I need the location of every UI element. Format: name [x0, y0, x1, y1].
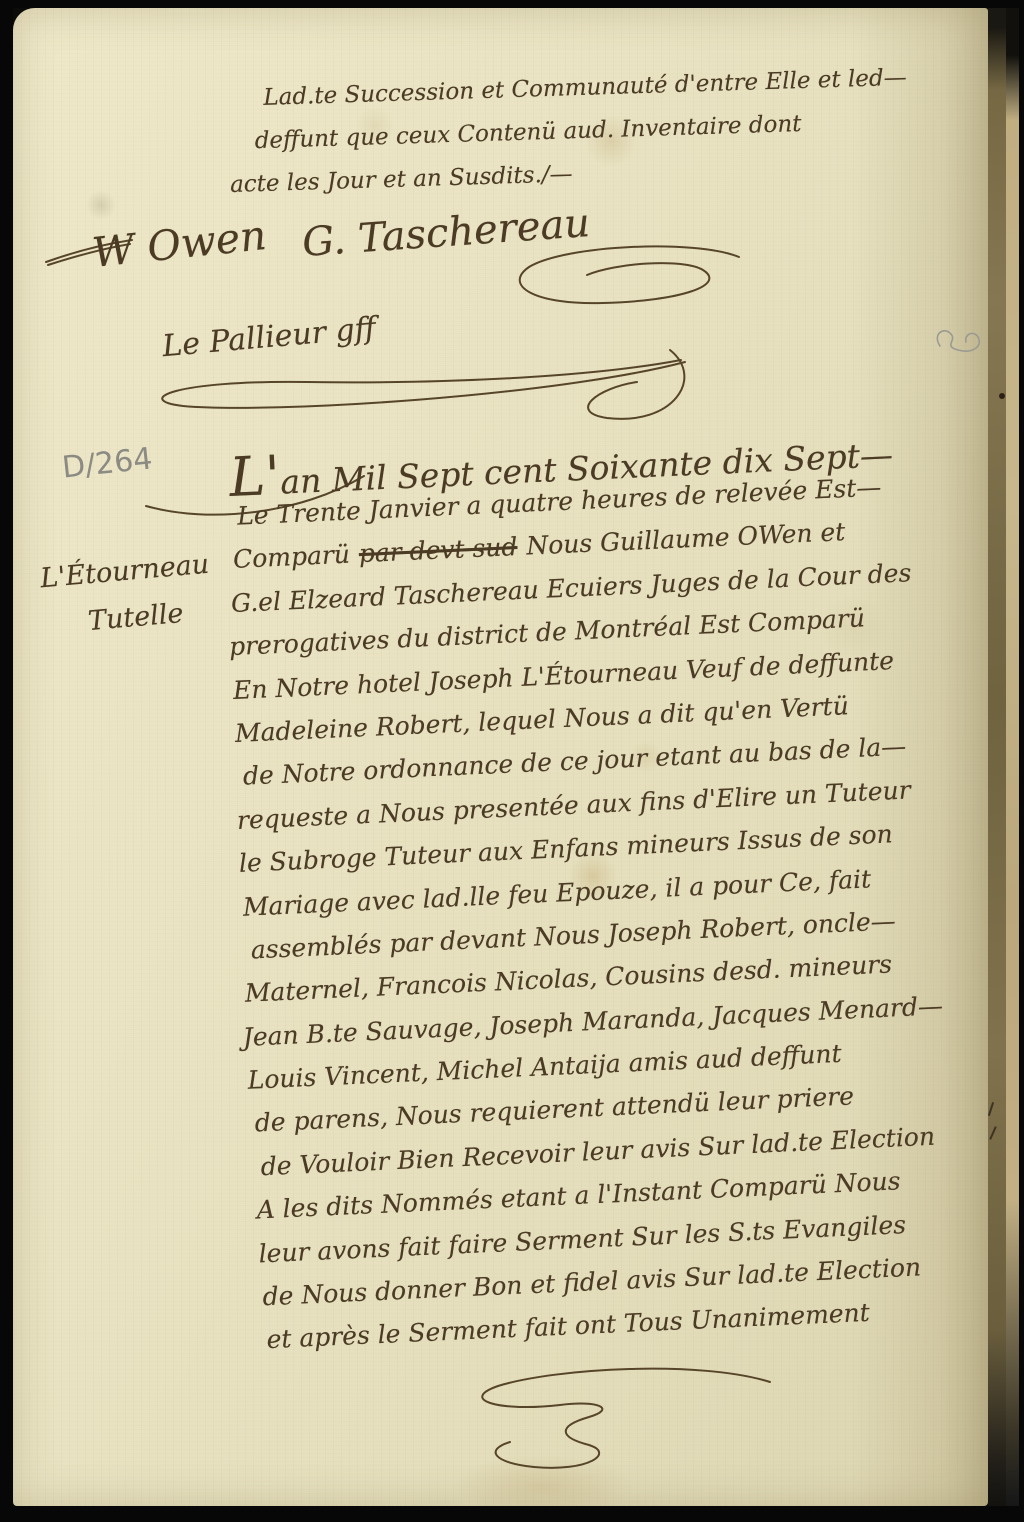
pencil-squiggle: [930, 324, 988, 366]
underlying-page-edge: [1006, 0, 1019, 1522]
act-body: L'an Mil Sept cent Soixante dix Sept— Le…: [228, 415, 958, 1369]
closing-note: Lad.te Succession et Communauté d'entre …: [227, 65, 910, 215]
scanned-manuscript-page: Lad.te Succession et Communauté d'entre …: [0, 0, 1024, 1522]
scan-border-left: [0, 0, 13, 1522]
binding-crease: [988, 0, 1006, 1522]
closing-paraph: [438, 1358, 778, 1488]
body-line-segment: Comparü: [233, 540, 351, 574]
scan-border-top: [0, 0, 1024, 8]
signature-paraph: [495, 243, 745, 318]
wormhole-dot: [999, 393, 1005, 399]
scan-background-right: [1019, 0, 1024, 1522]
struck-text: par devt sud: [358, 532, 518, 568]
scan-border-bottom: [0, 1506, 1024, 1522]
